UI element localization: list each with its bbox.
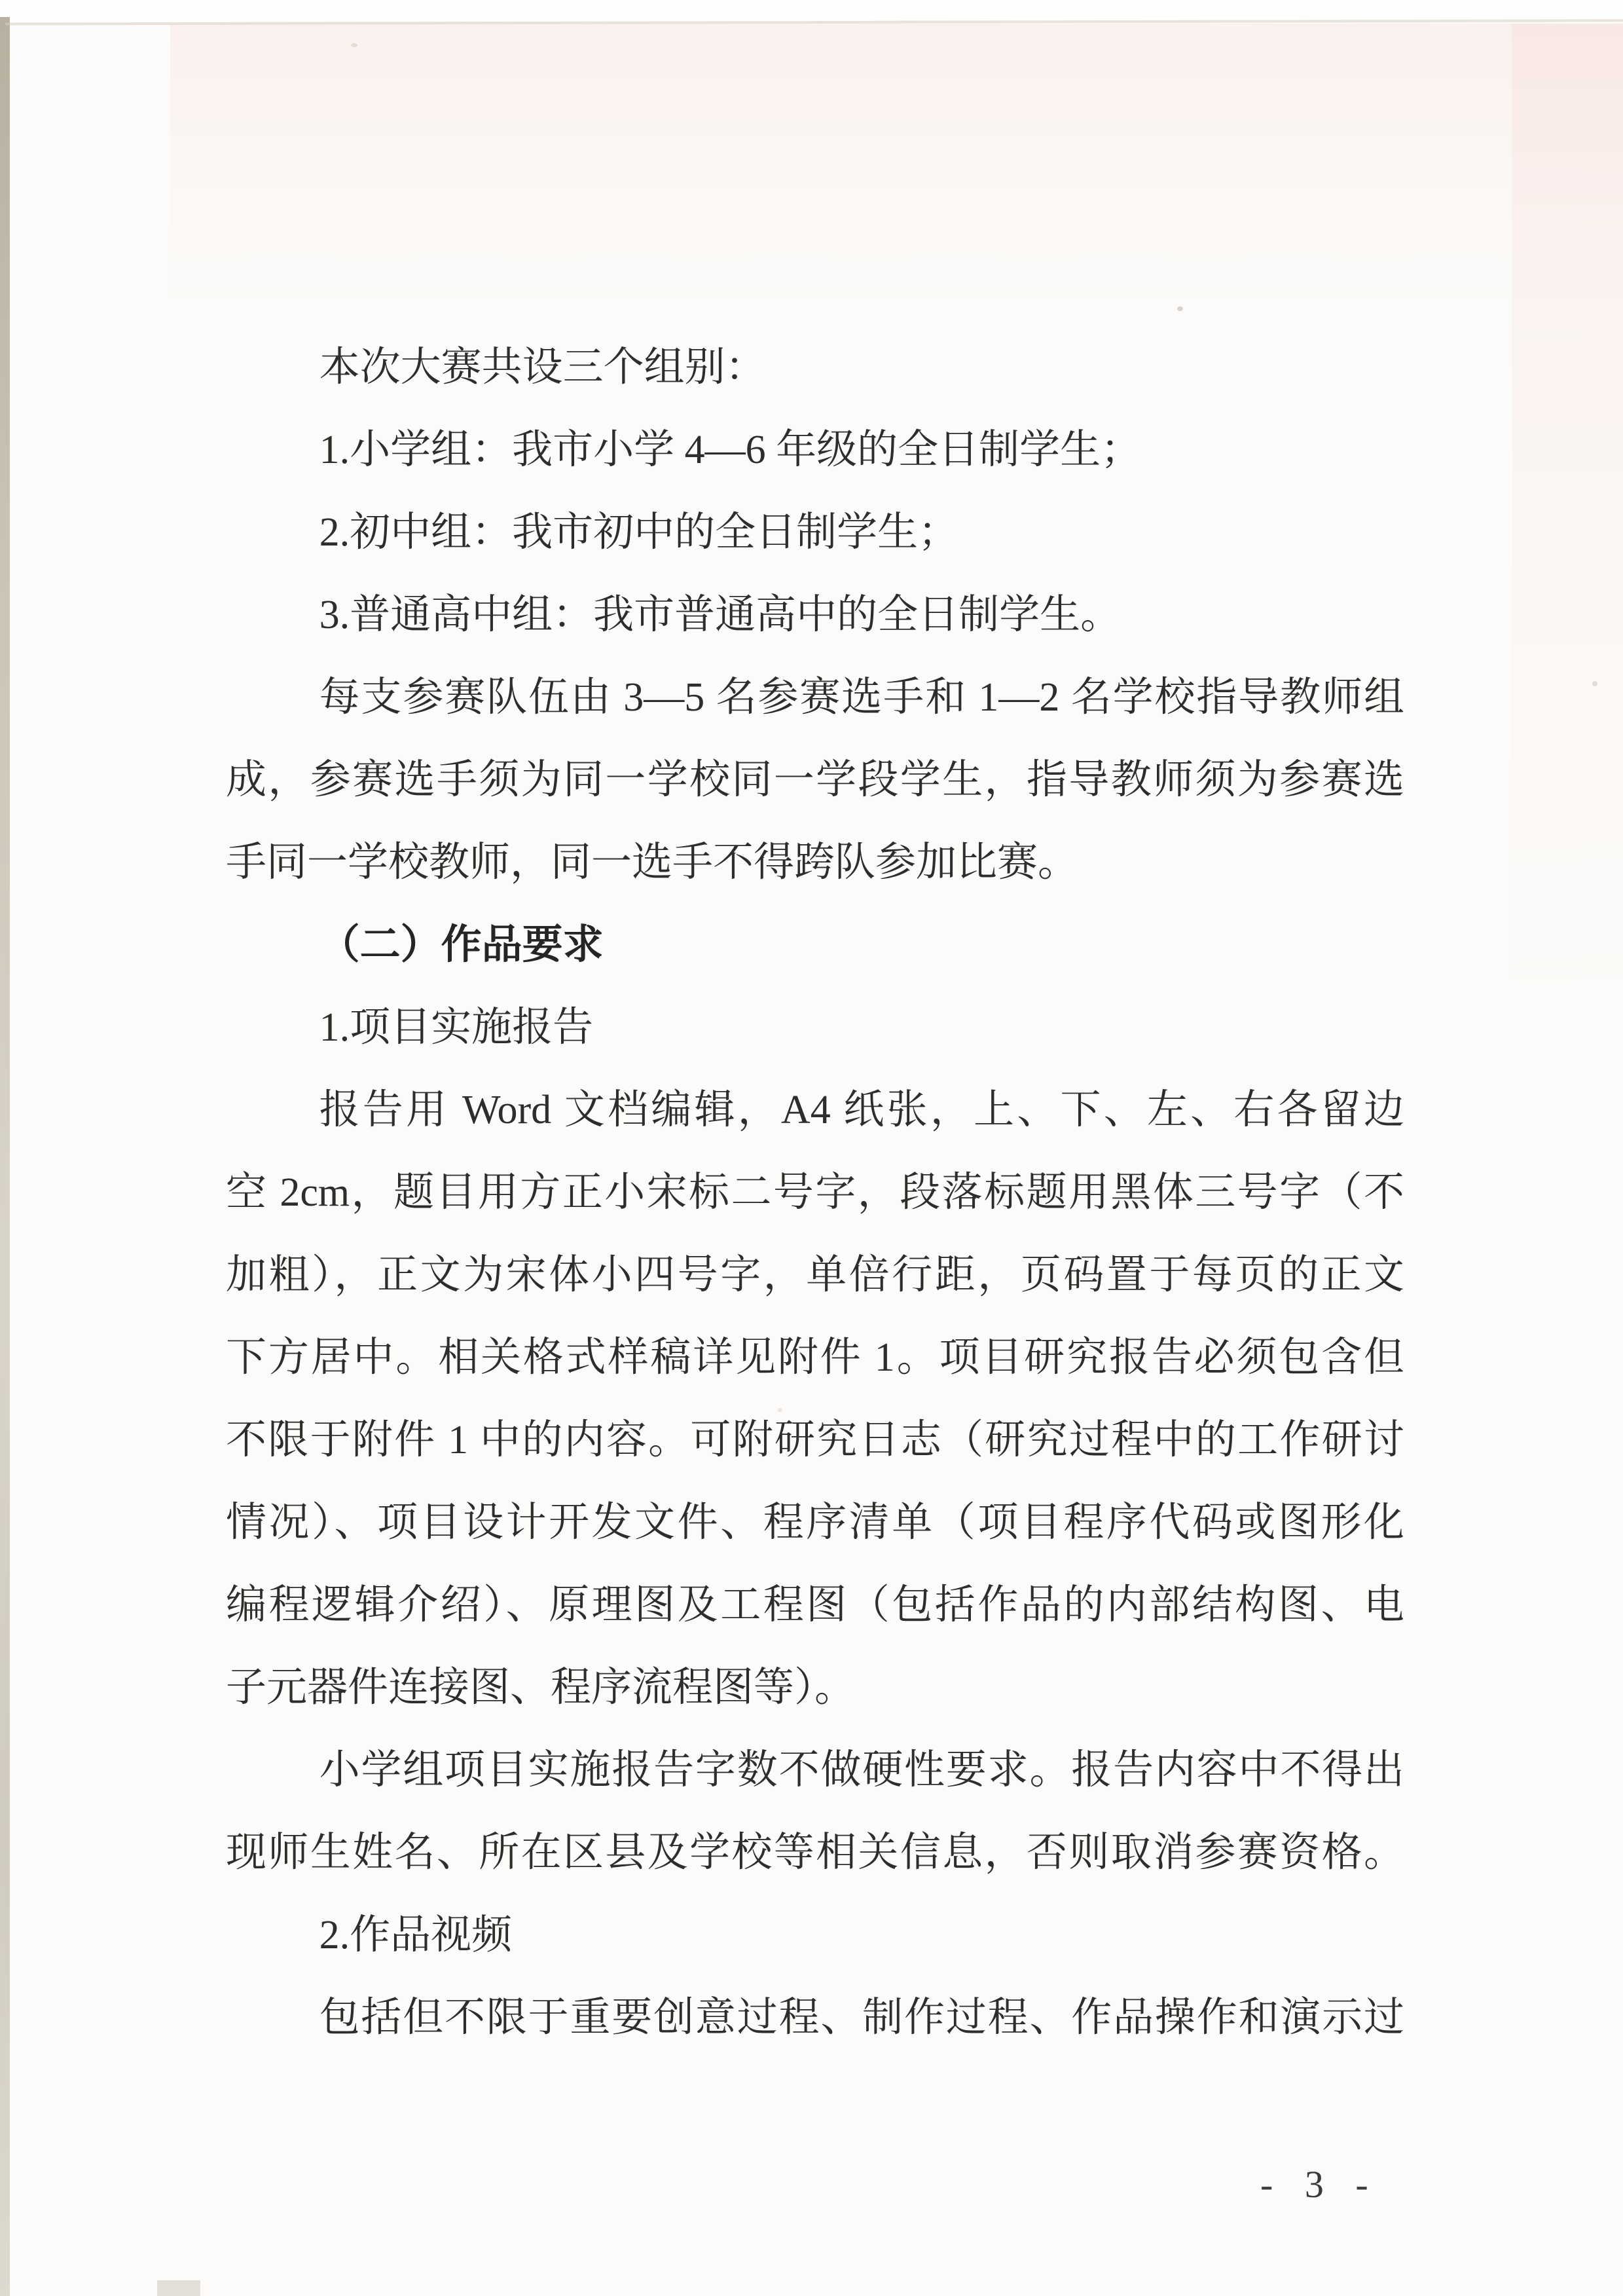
text-line: 加粗），正文为宋体小四号字，单倍行距，页码置于每页的正文 xyxy=(226,1234,1404,1316)
text-line: 1.小学组：我市小学 4—6 年级的全日制学生； xyxy=(226,409,1404,491)
text-line: 空 2cm，题目用方正小宋标二号字，段落标题用黑体三号字（不 xyxy=(226,1151,1404,1234)
text-line: 包括但不限于重要创意过程、制作过程、作品操作和演示过 xyxy=(226,1976,1404,2059)
text-line: 编程逻辑介绍）、原理图及工程图（包括作品的内部结构图、电 xyxy=(226,1564,1404,1646)
scan-speck xyxy=(351,43,357,47)
heading-line: （二）作品要求 xyxy=(226,904,1404,986)
text-line: 小学组项目实施报告字数不做硬性要求。报告内容中不得出 xyxy=(226,1729,1404,1811)
text-line: 下方居中。相关格式样稿详见附件 1。项目研究报告必须包含但 xyxy=(226,1316,1404,1399)
scan-speck xyxy=(1177,306,1183,311)
scan-tint-right xyxy=(1512,24,1623,1006)
document-body: 本次大赛共设三个组别： 1.小学组：我市小学 4—6 年级的全日制学生； 2.初… xyxy=(226,326,1404,2059)
text-line: 每支参赛队伍由 3—5 名参赛选手和 1—2 名学校指导教师组 xyxy=(226,656,1404,739)
text-line: 报告用 Word 文档编辑，A4 纸张，上、下、左、右各留边 xyxy=(226,1069,1404,1151)
left-edge-shadow xyxy=(0,17,10,2296)
text-line: 本次大赛共设三个组别： xyxy=(226,326,1404,409)
scan-smudge-bottom-left xyxy=(157,2280,200,2296)
text-line: 成，参赛选手须为同一学校同一学段学生，指导教师须为参赛选 xyxy=(226,739,1404,821)
text-line: 1.项目实施报告 xyxy=(226,986,1404,1069)
text-line: 不限于附件 1 中的内容。可附研究日志（研究过程中的工作研讨 xyxy=(226,1399,1404,1481)
scan-tint-top xyxy=(170,24,1623,305)
text-line: 情况）、项目设计开发文件、程序清单（项目程序代码或图形化 xyxy=(226,1481,1404,1564)
text-line: 子元器件连接图、程序流程图等）。 xyxy=(226,1646,1404,1729)
text-line: 2.作品视频 xyxy=(226,1894,1404,1976)
text-line: 现师生姓名、所在区县及学校等相关信息，否则取消参赛资格。 xyxy=(226,1811,1404,1894)
text-line: 3.普通高中组：我市普通高中的全日制学生。 xyxy=(226,574,1404,656)
text-line: 手同一学校教师，同一选手不得跨队参加比赛。 xyxy=(226,821,1404,904)
scan-speck xyxy=(1592,681,1597,686)
text-line: 2.初中组：我市初中的全日制学生； xyxy=(226,491,1404,574)
document-page: 本次大赛共设三个组别： 1.小学组：我市小学 4—6 年级的全日制学生； 2.初… xyxy=(0,0,1623,2296)
paper-top-margin xyxy=(0,0,1623,22)
page-number: - 3 - xyxy=(1260,2162,1372,2206)
